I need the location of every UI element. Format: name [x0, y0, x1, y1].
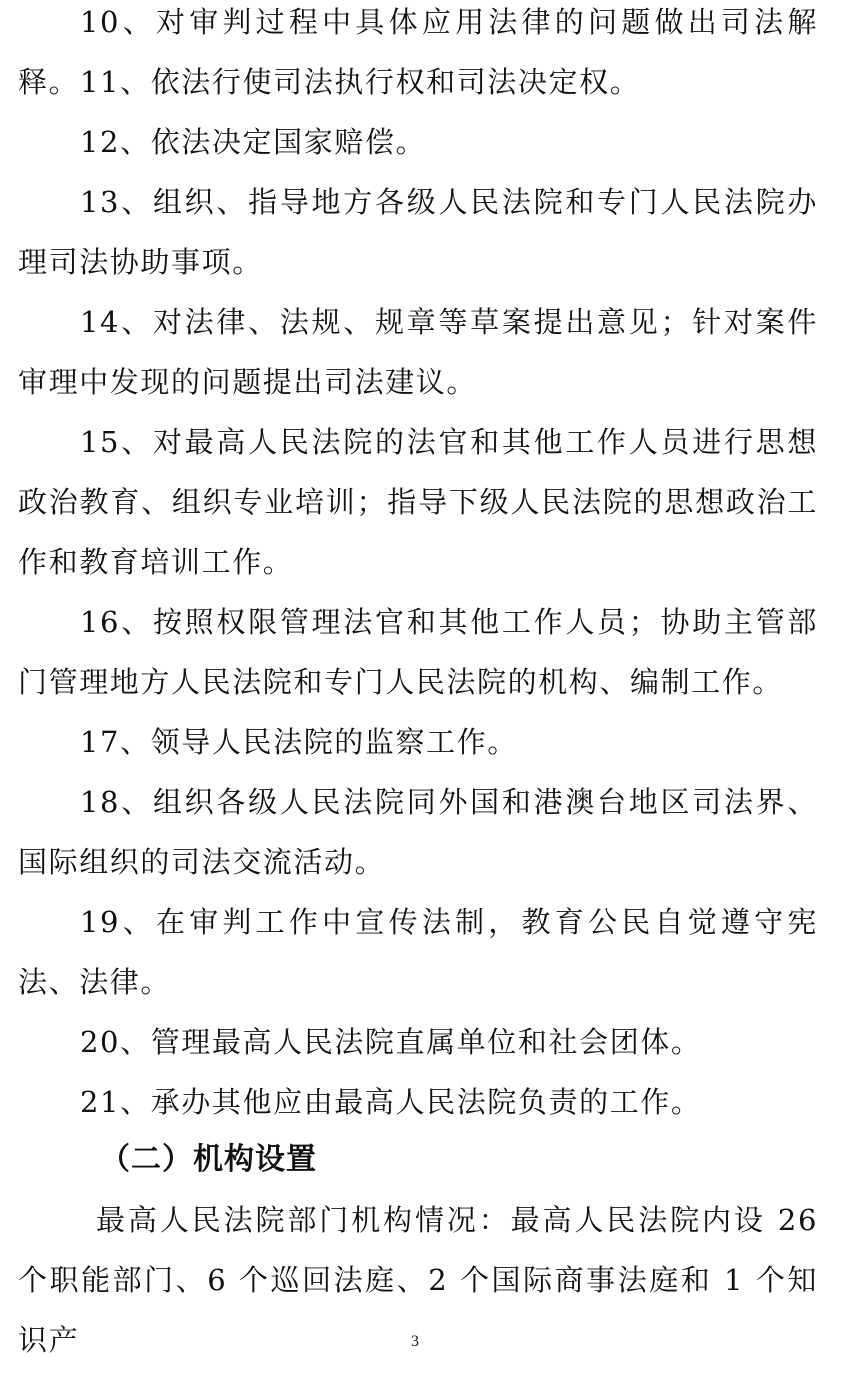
- list-item-12: 12、依法决定国家赔偿。: [18, 112, 818, 172]
- list-item-18: 18、组织各级人民法院同外国和港澳台地区司法界、国际组织的司法交流活动。: [18, 772, 818, 892]
- list-item-19: 19、在审判工作中宣传法制，教育公民自觉遵守宪法、法律。: [18, 892, 818, 1012]
- document-page: 10、对审判过程中具体应用法律的问题做出司法解释。 11、依法行使司法执行权和司…: [0, 0, 850, 1378]
- list-item-13: 13、组织、指导地方各级人民法院和专门人民法院办理司法协助事项。: [18, 172, 818, 292]
- list-item-17: 17、领导人民法院的监察工作。: [18, 712, 818, 772]
- list-item-11: 11、依法行使司法执行权和司法决定权。: [18, 52, 818, 112]
- list-item-21: 21、承办其他应由最高人民法院负责的工作。: [18, 1072, 818, 1132]
- page-number: 3: [0, 1333, 830, 1351]
- section-heading: （二）机构设置: [100, 1130, 317, 1190]
- list-item-14: 14、对法律、法规、规章等草案提出意见；针对案件审理中发现的问题提出司法建议。: [18, 292, 818, 412]
- list-item-15: 15、对最高人民法院的法官和其他工作人员进行思想政治教育、组织专业培训；指导下级…: [18, 412, 818, 592]
- list-item-20: 20、管理最高人民法院直属单位和社会团体。: [18, 1012, 818, 1072]
- list-item-16: 16、按照权限管理法官和其他工作人员；协助主管部门管理地方人民法院和专门人民法院…: [18, 592, 818, 712]
